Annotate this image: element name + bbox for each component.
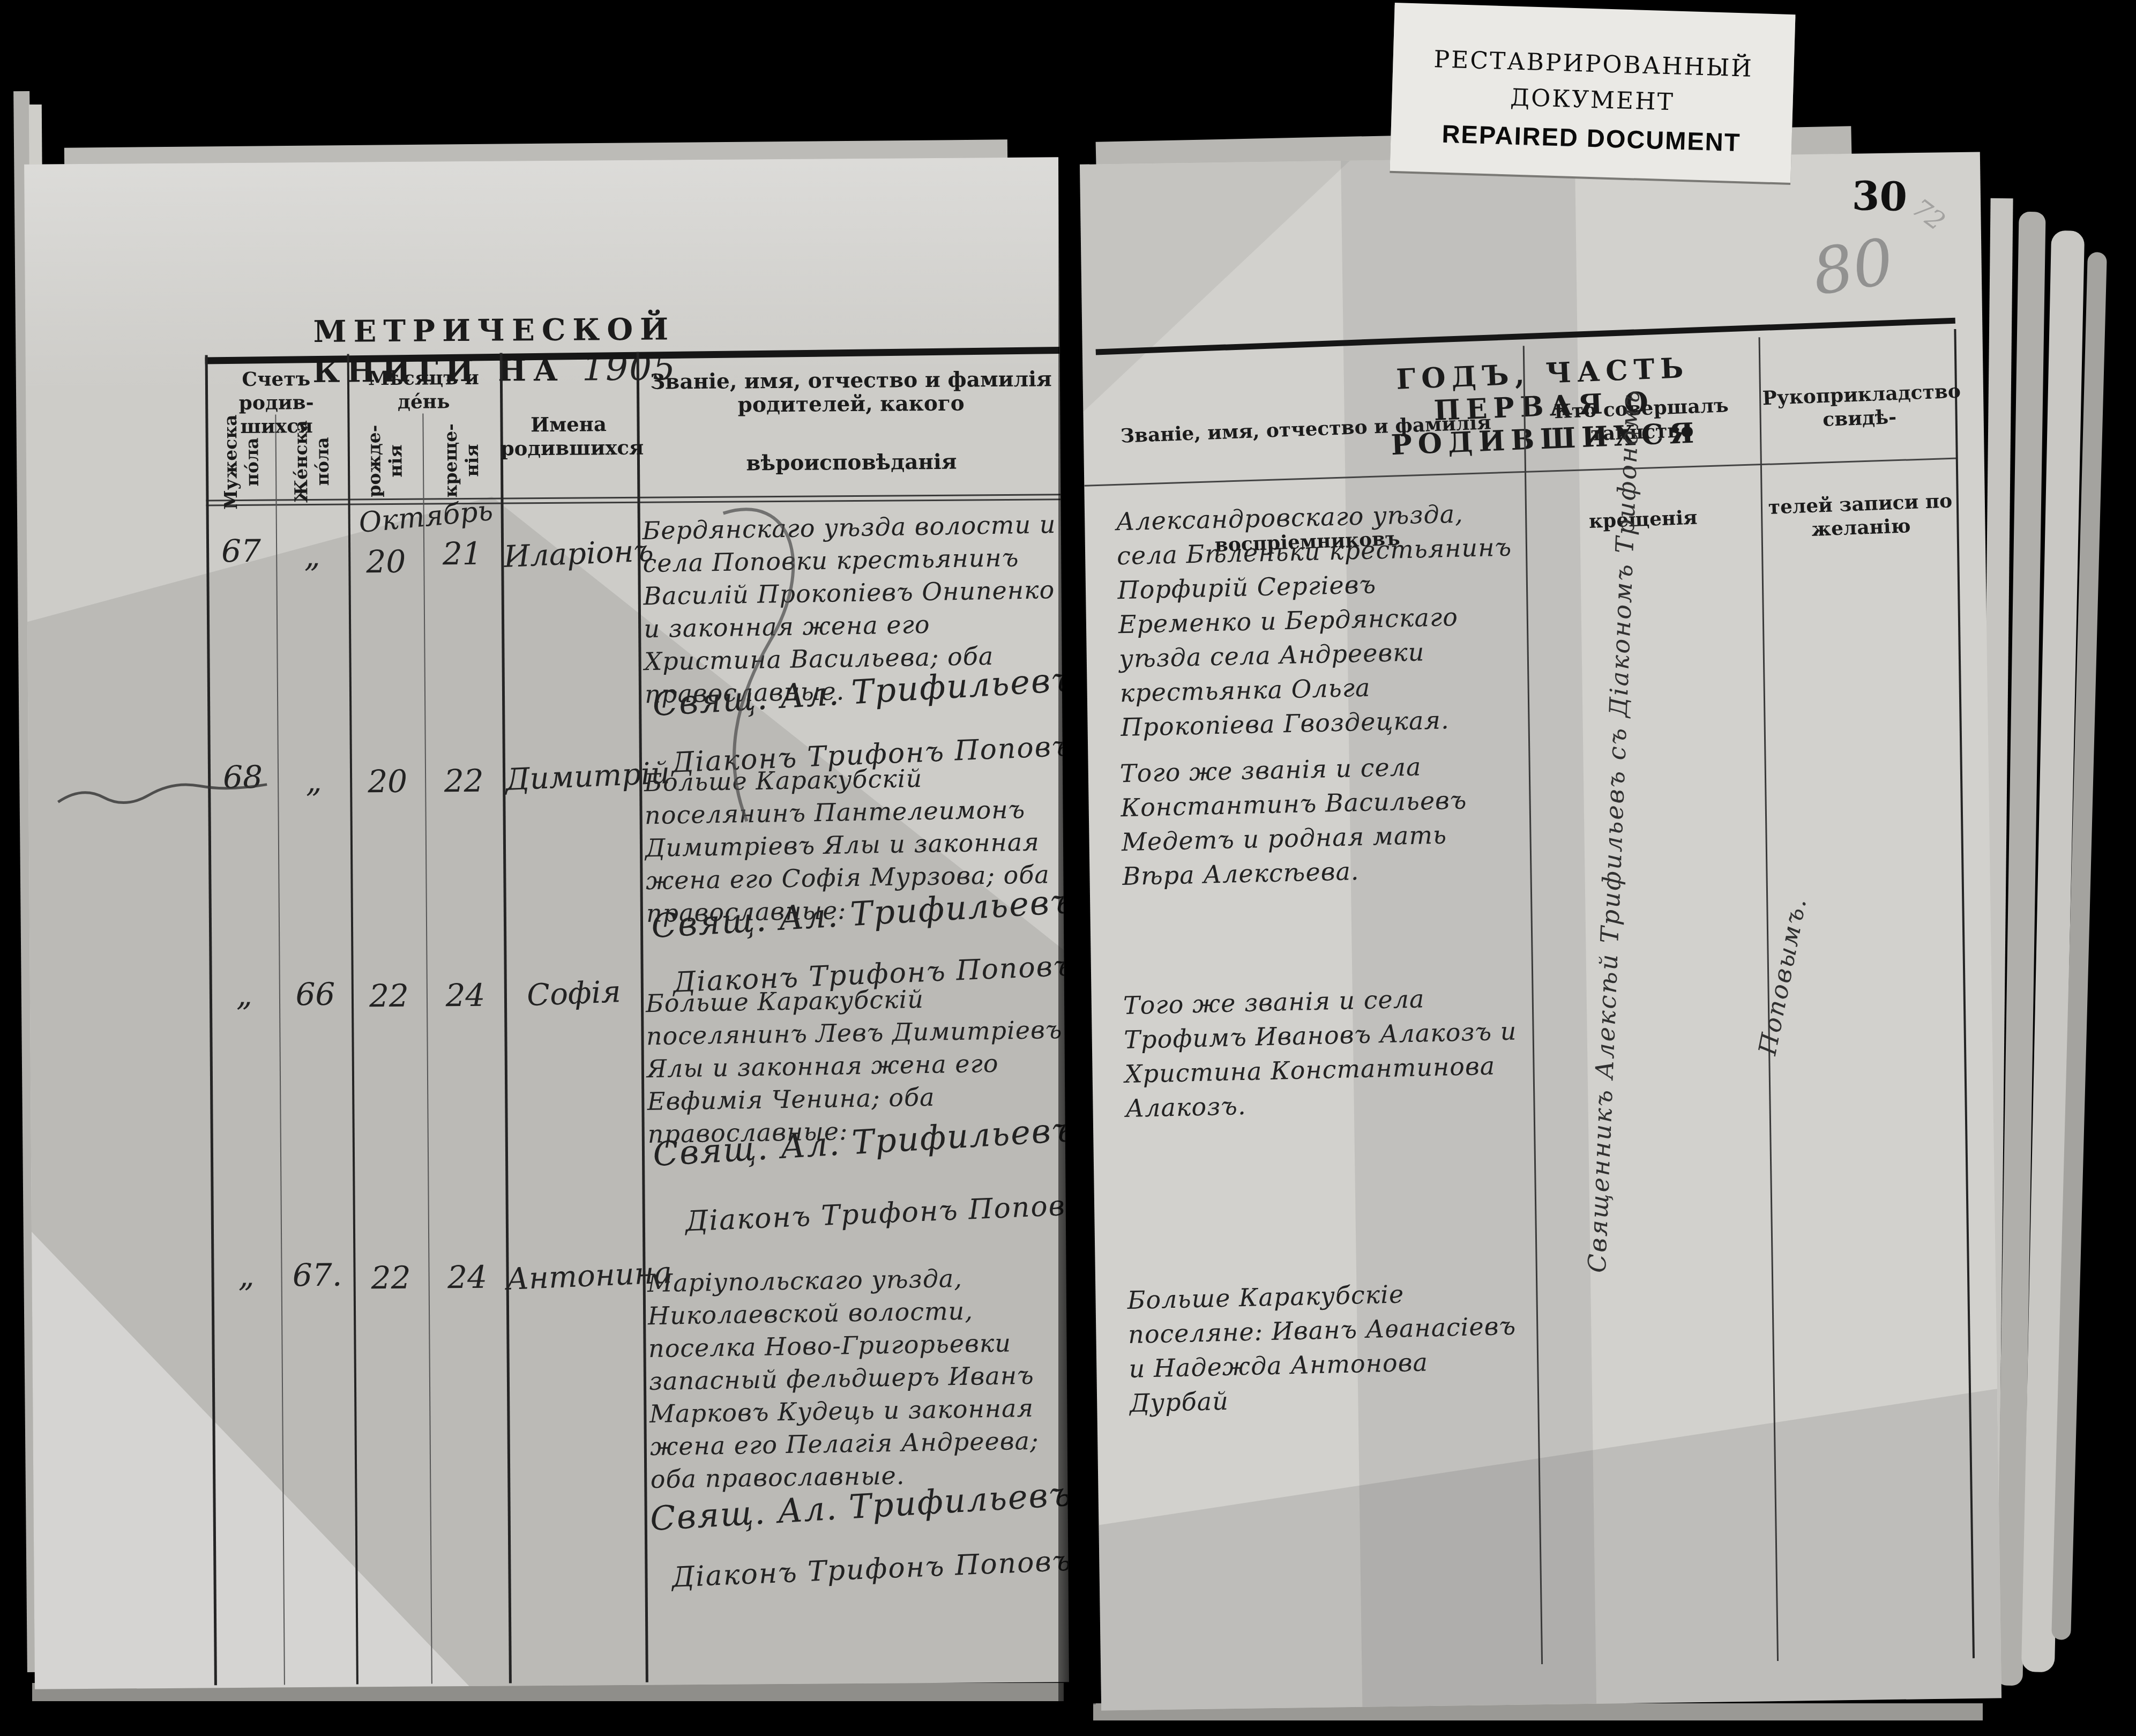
entry1-male-no: 67: [206, 533, 276, 570]
photo-canvas: МЕТРИЧЕСКОЙ КНИГИ НА 1905 Счетъ родив- ш…: [0, 0, 2136, 1736]
entry4-baptism-day: 24: [428, 1259, 506, 1296]
entry3-baptism-day: 24: [427, 977, 504, 1014]
header-female-l1: Же́нска: [290, 420, 311, 503]
pencil-scribble: 72: [1907, 193, 1951, 237]
entry2-birth-day: 20: [350, 763, 425, 800]
header-names-column: Имена родившихся: [500, 412, 637, 460]
repaired-document-label: РЕСТАВРИРОВАННЫЙ ДОКУМЕНТ REPAIRED DOCUM…: [1390, 3, 1796, 183]
entry2-baptism-day: 22: [425, 763, 503, 800]
pencil-page-number: 80: [1808, 224, 1899, 309]
header-parents-column-l2: вѣроисповѣданія: [645, 449, 1058, 475]
left-divider-male-female: [275, 414, 285, 1685]
entry4-parents: Маріупольскаго уѣзда, Николаевской волос…: [647, 1261, 1069, 1496]
performer-vertical-note: Священникъ Алексѣй Трифильевъ съ Діаконо…: [1582, 469, 1642, 1273]
right-table-top-rule: [1096, 318, 1955, 355]
entry2-female-no: „: [278, 763, 350, 800]
entry3-name: Софія: [506, 973, 642, 1014]
header-parents-column-l1: Званіе, имя, отчество и фамилія родителе…: [645, 367, 1058, 417]
label-line1-russian: РЕСТАВРИРОВАННЫЙ: [1393, 44, 1794, 84]
left-divider-born-baptized: [422, 414, 432, 1684]
header-month-line1: Мѣсяцъ и: [347, 366, 500, 391]
label-line2-russian: ДОКУМЕНТ: [1392, 80, 1793, 120]
header-performer-l2: крещенія: [1525, 503, 1761, 535]
entry3-deacon-signature: Діаконъ Трифонъ Поповъ.: [685, 1189, 1069, 1238]
header-witness-l1: Рукоприкладство свидѣ-: [1762, 379, 1956, 434]
entry3-male-no: „: [210, 976, 279, 1013]
entry3-birth-day: 22: [352, 978, 427, 1015]
entry2-godparents: Того же званія и села Константинъ Василь…: [1119, 747, 1519, 893]
entry1-baptism-day: 21: [423, 535, 501, 572]
left-page: МЕТРИЧЕСКОЙ КНИГИ НА 1905 Счетъ родив- ш…: [24, 157, 1069, 1689]
entry4-female-no: 67.: [281, 1257, 353, 1294]
entry1-birth-day: 20: [348, 543, 423, 580]
entry4-name: Антонина: [505, 1256, 646, 1297]
entry2-name: Димитрій: [505, 757, 640, 797]
right-page: ГОДЪ, ЧАСТЬ ПЕРВАЯ О РОДИВШИХСЯ Званіе, …: [1080, 152, 2001, 1710]
right-header-underline: [1084, 458, 1957, 487]
entry3-godparents: Того же званія и села Трофимъ Ивановъ Ал…: [1123, 979, 1522, 1126]
header-male-l1: Мужеска: [220, 414, 241, 510]
entry4-deacon-signature: Діаконъ Трифонъ Поповъ.: [671, 1545, 1069, 1594]
entry2-male-no: 68: [208, 758, 278, 795]
label-line3-english: REPAIRED DOCUMENT: [1391, 117, 1792, 159]
entry1-name: Иларіонъ: [503, 534, 639, 574]
entry4-godparents: Больше Каракубскіе поселяне: Иванъ Аѳана…: [1127, 1274, 1527, 1420]
entry1-godparents: Александровскаго уѣзда, села Бѣленьки кр…: [1116, 495, 1518, 744]
entry4-male-no: „: [211, 1257, 281, 1294]
right-divider-godparents-performer: [1523, 346, 1543, 1664]
printed-page-number: 30: [1851, 173, 1908, 220]
header-witness-l2: телей записи по желанію: [1764, 489, 1958, 543]
witness-vertical-note: Поповымъ.: [1741, 836, 1824, 1115]
entry4-birth-day: 22: [353, 1260, 428, 1297]
header-baptized-l2: нія: [461, 444, 482, 476]
header-baptized-l1: креще-: [439, 423, 461, 498]
entry1-female-no: „: [276, 538, 348, 575]
entry3-female-no: 66: [279, 976, 352, 1013]
header-born-l1: рожде-: [364, 425, 385, 497]
